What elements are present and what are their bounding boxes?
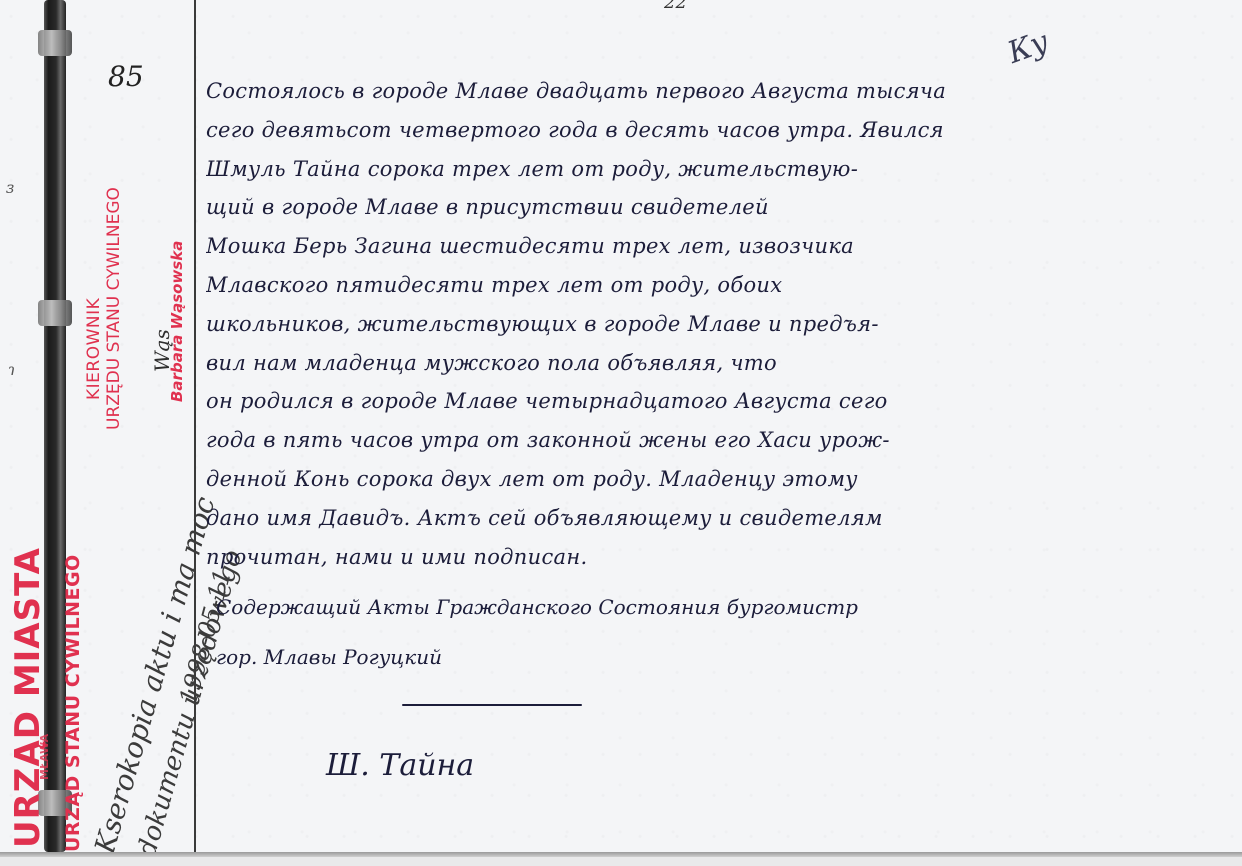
signature-block: Содержащий Акты Гражданского Состояния б… (216, 582, 1116, 682)
page-number: 22 (664, 0, 687, 13)
record-line: денной Конь сорока двух лет от роду. Мла… (206, 460, 1206, 499)
record-line: Состоялось в городе Млаве двадцать перво… (206, 72, 1206, 111)
record-line: щий в городе Млаве в присутствии свидете… (206, 188, 1206, 227)
stamp-civil-registry-office: URZĘDU STANU CYWILNEGO (104, 187, 124, 430)
record-line: прочитан, нами и ими подписан. (206, 538, 1206, 577)
record-line: вил нам младенца мужского пола объявляя,… (206, 344, 1206, 383)
binding-knot (38, 300, 72, 326)
declarant-signature: Ш. Тайна (326, 748, 474, 783)
stamp-city-office: URZĄD MIASTA (8, 547, 48, 848)
record-line: Млавского пятидесяти трех лет от роду, о… (206, 266, 1206, 305)
page-edge (0, 852, 1242, 857)
official-initials: Wąs (150, 329, 174, 372)
registrar-signature: гор. Млавы Рогуцкий (216, 632, 1116, 682)
corner-annotation: Ку (1003, 24, 1053, 71)
stamp-civil-registry-office-2: URZĄD STANU CYWILNEGO (62, 554, 84, 852)
stamp-city-name: MŁAWA (38, 734, 51, 780)
scanned-document-page: 22 85 Ку ɜ ɿ KIEROWNIK URZĘDU STANU CYWI… (0, 0, 1242, 856)
folio-number: 85 (108, 60, 144, 93)
binding-knot (38, 30, 72, 56)
record-line: года в пять часов утра от законной жены … (206, 421, 1206, 460)
record-line: дано имя Давидъ. Актъ сей объявляющему и… (206, 499, 1206, 538)
record-line: сего девятьсот четвертого года в десять … (206, 111, 1206, 150)
record-line: Мошка Берь Загина шестидесяти трех лет, … (206, 227, 1206, 266)
record-body: Состоялось в городе Млаве двадцать перво… (206, 72, 1206, 576)
signature-flourish (402, 704, 582, 706)
registrar-title: Содержащий Акты Гражданского Состояния б… (216, 582, 1116, 632)
record-line: Шмуль Тайна сорока трех лет от роду, жит… (206, 150, 1206, 189)
margin-scribble: ɜ (6, 178, 14, 197)
margin-scribble: ɿ (8, 360, 15, 379)
record-line: школьников, жительствующих в городе Млав… (206, 305, 1206, 344)
stamp-kierownik: KIEROWNIK (84, 298, 104, 400)
stamp-official-name: Barbara Wąsowska (168, 241, 186, 402)
record-line: он родился в городе Млаве четырнадцатого… (206, 382, 1206, 421)
